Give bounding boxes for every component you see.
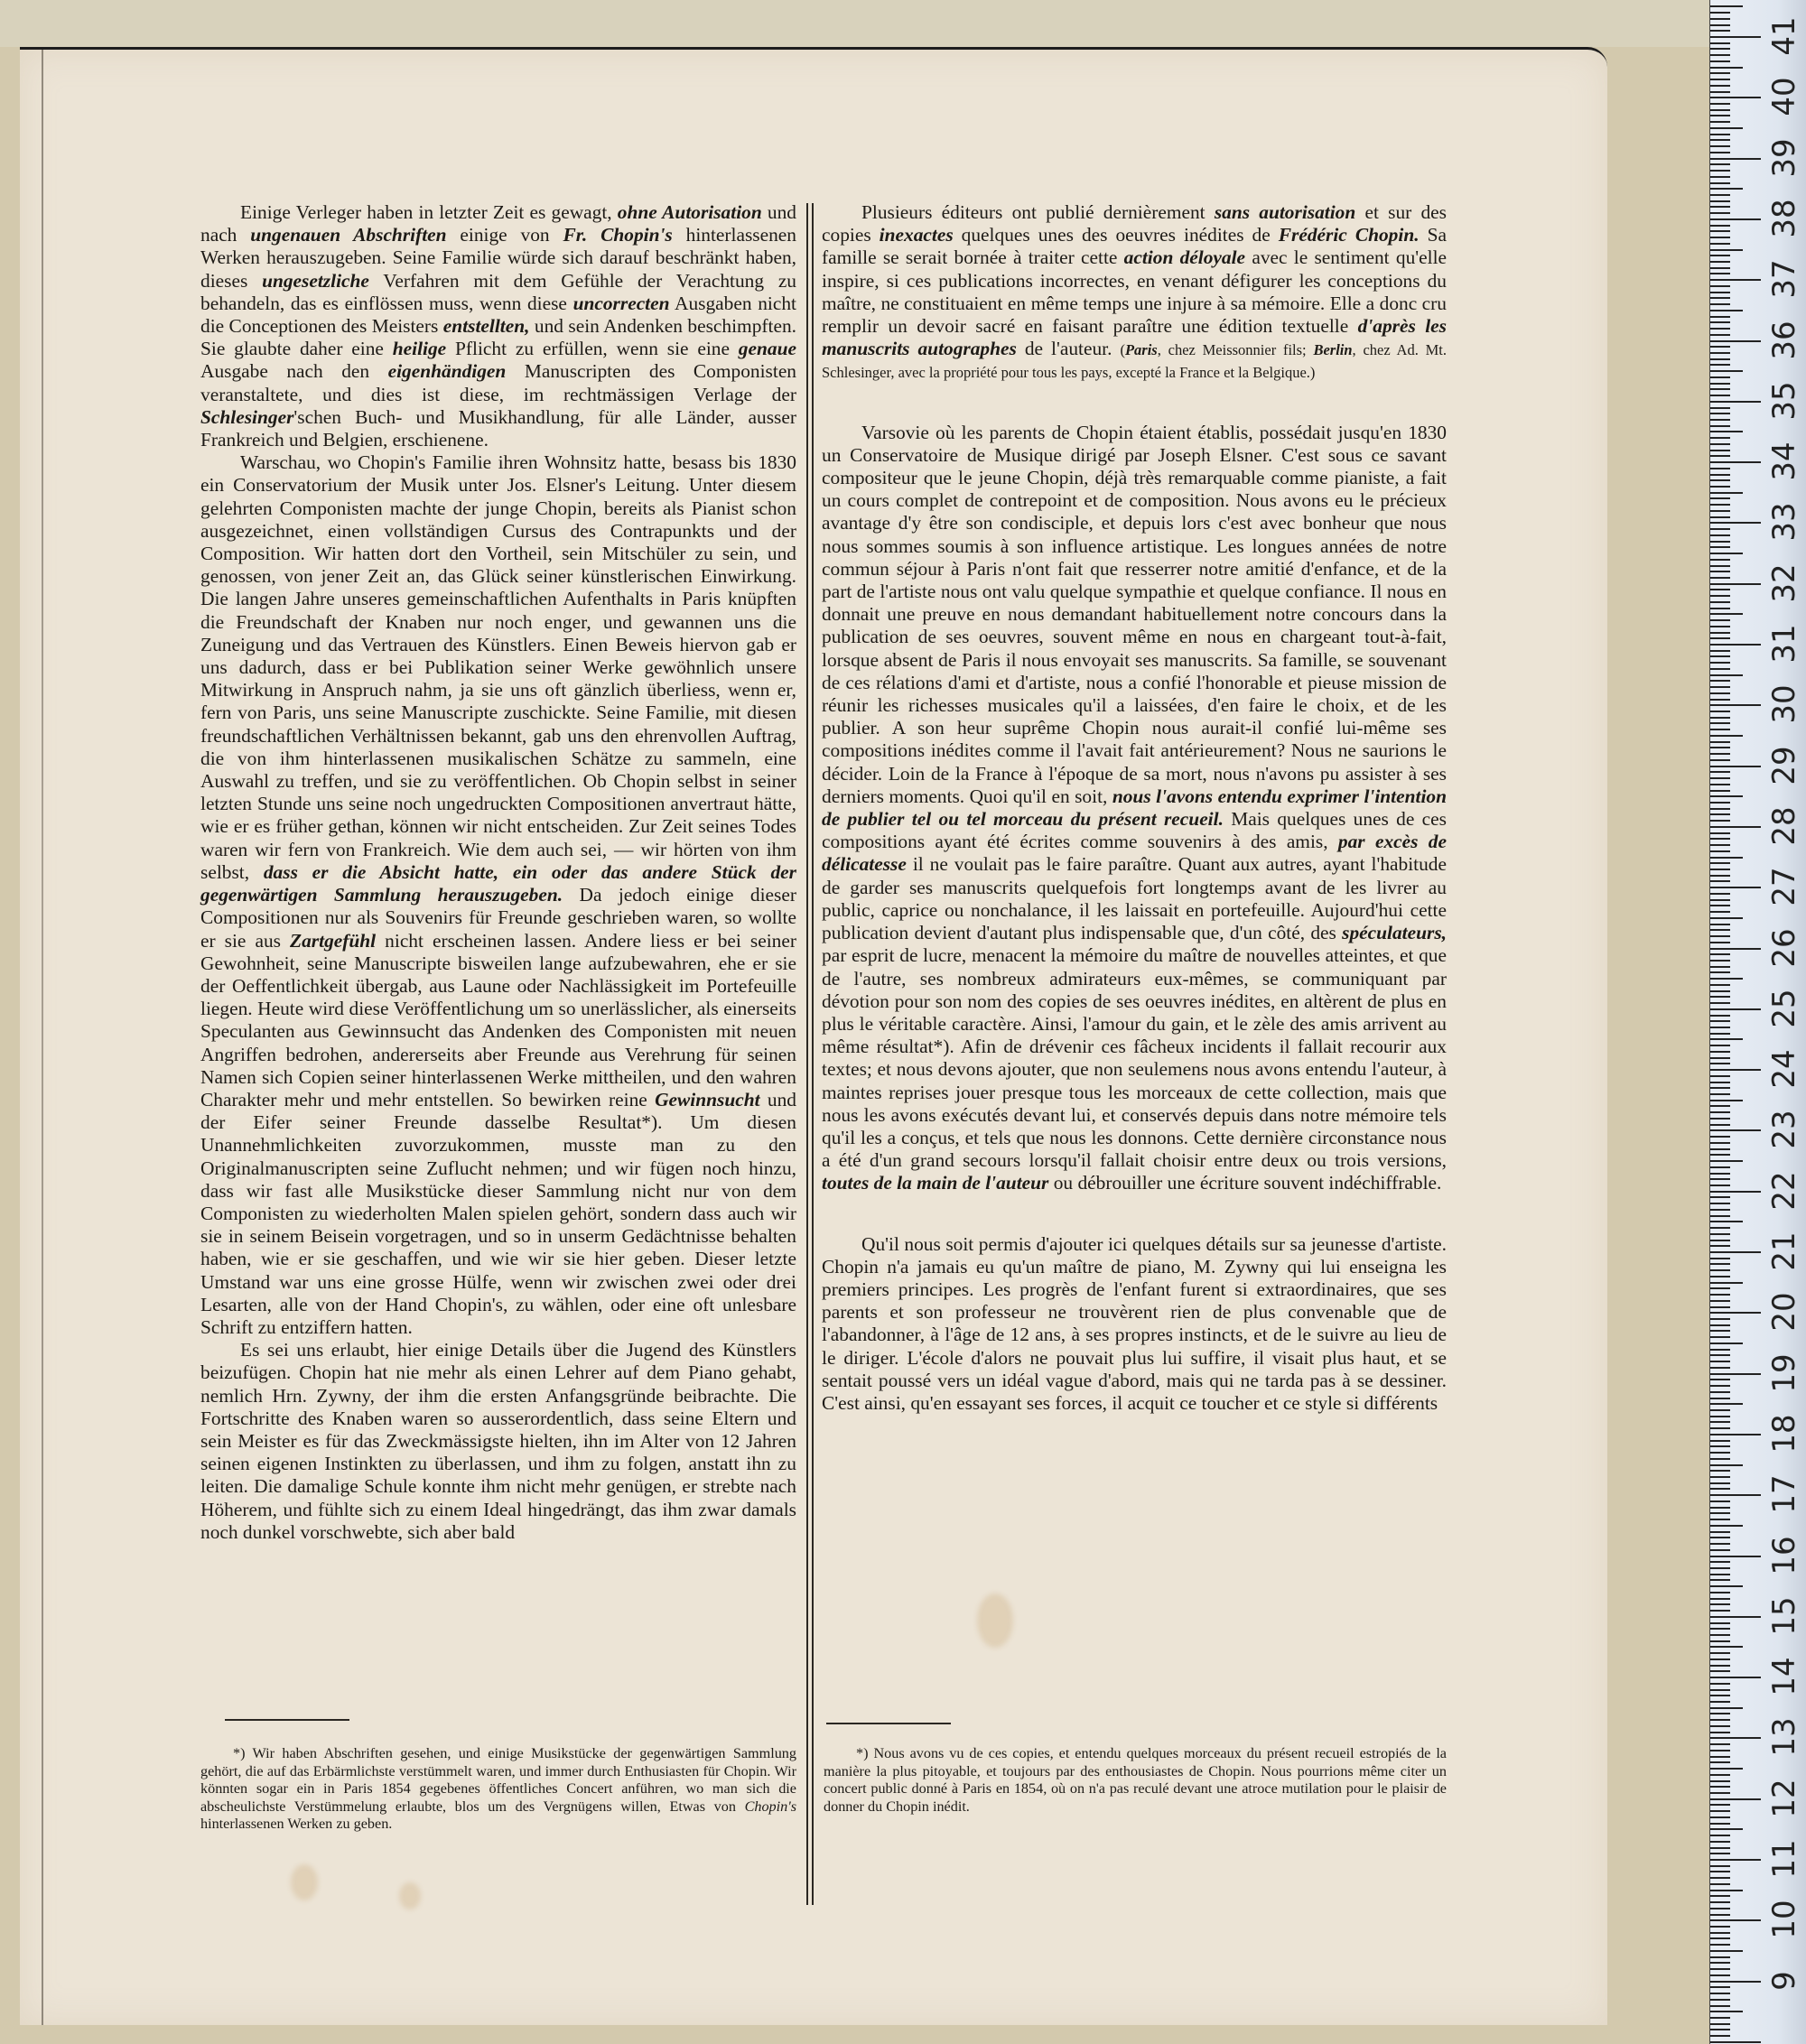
ruler-tick bbox=[1710, 1968, 1730, 1970]
ruler-tick bbox=[1710, 1603, 1730, 1605]
ruler-tick bbox=[1710, 1670, 1730, 1672]
ruler-label: 23 bbox=[1766, 1102, 1802, 1157]
ruler-tick bbox=[1710, 1324, 1730, 1326]
ruler-tick bbox=[1710, 1883, 1730, 1885]
ruler-tick bbox=[1710, 5, 1743, 7]
ruler-tick bbox=[1710, 1519, 1730, 1520]
ruler-tick bbox=[1710, 1269, 1730, 1271]
paragraph: Qu'il nous soit permis d'ajouter ici que… bbox=[822, 1233, 1447, 1416]
ruler-tick bbox=[1710, 158, 1761, 160]
ruler-tick bbox=[1710, 425, 1730, 427]
measuring-ruler: 4140393837363534333231302928272625242322… bbox=[1709, 0, 1806, 2044]
ruler-tick bbox=[1710, 699, 1730, 701]
ruler-label: 41 bbox=[1766, 9, 1802, 63]
text-run: Pflicht zu erfüllen, wenn sie eine bbox=[446, 338, 739, 359]
ruler-tick bbox=[1710, 674, 1743, 676]
foxing-stain bbox=[399, 1882, 421, 1909]
paragraph: Es sei uns erlaubt, hier einige Details … bbox=[200, 1339, 796, 1544]
ruler-tick bbox=[1710, 243, 1730, 245]
ruler-tick bbox=[1710, 1926, 1730, 1928]
ruler-tick bbox=[1710, 619, 1730, 621]
ruler-tick bbox=[1710, 1033, 1730, 1035]
ruler-tick bbox=[1710, 1215, 1730, 1217]
german-column: Einige Verleger haben in letzter Zeit es… bbox=[200, 201, 796, 1544]
ruler-tick bbox=[1710, 1002, 1730, 1004]
ruler-tick bbox=[1710, 735, 1743, 737]
text-run: *) Nous avons vu de ces copies, et enten… bbox=[824, 1745, 1447, 1815]
ruler-tick bbox=[1710, 42, 1730, 44]
ruler-tick bbox=[1710, 784, 1730, 785]
ruler-tick bbox=[1710, 802, 1730, 804]
foxing-stain bbox=[977, 1593, 1013, 1648]
ruler-tick bbox=[1710, 1780, 1730, 1782]
french-text: Plusieurs éditeurs ont publié dernièreme… bbox=[822, 201, 1447, 1415]
ruler-label: 24 bbox=[1766, 1042, 1802, 1096]
ruler-tick bbox=[1710, 1354, 1730, 1356]
ruler-tick bbox=[1710, 546, 1730, 548]
ruler-tick bbox=[1710, 1057, 1730, 1059]
ruler-tick bbox=[1710, 1908, 1730, 1909]
ruler-label: 36 bbox=[1766, 313, 1802, 367]
ruler-tick bbox=[1710, 1063, 1730, 1064]
ruler-label: 17 bbox=[1766, 1467, 1802, 1521]
paragraph: Plusieurs éditeurs ont publié dernièreme… bbox=[822, 201, 1447, 384]
ruler-tick bbox=[1710, 60, 1730, 62]
ruler-tick bbox=[1710, 655, 1730, 657]
ruler-label: 27 bbox=[1766, 859, 1802, 914]
ruler-tick bbox=[1710, 206, 1730, 208]
ruler-tick bbox=[1710, 924, 1730, 925]
foxing-stain bbox=[291, 1864, 318, 1900]
ruler-tick bbox=[1710, 528, 1730, 530]
ruler-tick bbox=[1710, 1732, 1730, 1733]
ruler-tick bbox=[1710, 522, 1761, 524]
ruler-tick bbox=[1710, 917, 1743, 919]
ruler-tick bbox=[1710, 1093, 1730, 1095]
ruler-label: 31 bbox=[1766, 617, 1802, 671]
ruler-label: 25 bbox=[1766, 981, 1802, 1036]
ruler-tick bbox=[1710, 321, 1730, 323]
ruler-tick bbox=[1710, 1100, 1743, 1101]
ruler-tick bbox=[1710, 1166, 1730, 1168]
ruler-tick bbox=[1710, 553, 1743, 554]
ruler-tick bbox=[1710, 1282, 1743, 1284]
ruler-tick bbox=[1710, 826, 1761, 828]
emphasized-text: Paris bbox=[1125, 341, 1158, 358]
ruler-tick bbox=[1710, 67, 1743, 69]
ruler-tick bbox=[1710, 1227, 1730, 1229]
ruler-tick bbox=[1710, 1901, 1730, 1903]
emphasized-text: heilige bbox=[393, 338, 446, 359]
text-run: quelques unes des oeuvres inédites de bbox=[954, 224, 1279, 246]
ruler-tick bbox=[1710, 24, 1730, 26]
ruler-tick bbox=[1710, 1245, 1730, 1247]
ruler-tick bbox=[1710, 450, 1730, 451]
ruler-tick bbox=[1710, 668, 1730, 670]
scan-backdrop-top bbox=[0, 0, 1709, 47]
ruler-tick bbox=[1710, 577, 1730, 579]
ruler-tick bbox=[1710, 971, 1730, 973]
ruler-tick bbox=[1710, 163, 1730, 165]
ruler-tick bbox=[1710, 1986, 1730, 1988]
ruler-tick bbox=[1710, 1974, 1730, 1976]
ruler-tick bbox=[1710, 978, 1743, 980]
ruler-tick bbox=[1710, 352, 1730, 354]
ruler-tick bbox=[1710, 741, 1730, 743]
ruler-tick bbox=[1710, 1592, 1730, 1593]
ruler-tick bbox=[1710, 905, 1730, 906]
ruler-label: 9 bbox=[1766, 1954, 1802, 2008]
ruler-tick bbox=[1710, 230, 1730, 232]
ruler-tick bbox=[1710, 589, 1730, 590]
ruler-tick bbox=[1710, 479, 1730, 481]
ruler-tick bbox=[1710, 1598, 1730, 1600]
ruler-tick bbox=[1710, 1020, 1730, 1022]
ruler-tick bbox=[1710, 340, 1761, 342]
ruler-tick bbox=[1710, 1750, 1730, 1751]
ruler-tick bbox=[1710, 759, 1730, 761]
ruler-tick bbox=[1710, 1015, 1730, 1017]
ruler-tick bbox=[1710, 1105, 1730, 1107]
ruler-tick bbox=[1710, 2017, 1730, 2019]
ruler-tick bbox=[1710, 1421, 1730, 1423]
paragraph: Einige Verleger haben in letzter Zeit es… bbox=[200, 201, 796, 451]
ruler-tick bbox=[1710, 30, 1730, 32]
text-run: und der Eifer seiner Freunde dasselbe Re… bbox=[200, 1089, 796, 1338]
ruler-tick bbox=[1710, 1610, 1730, 1612]
emphasized-text: sans autorisation bbox=[1215, 201, 1355, 223]
ruler-tick bbox=[1710, 419, 1730, 421]
text-run: Qu'il nous soit permis d'ajouter ici que… bbox=[822, 1233, 1447, 1414]
ruler-tick bbox=[1710, 1792, 1730, 1794]
ruler-tick bbox=[1710, 1051, 1730, 1053]
ruler-tick bbox=[1710, 188, 1743, 190]
ruler-tick bbox=[1710, 1835, 1730, 1836]
ruler-tick bbox=[1710, 401, 1761, 403]
ruler-tick bbox=[1710, 127, 1743, 129]
ruler-tick bbox=[1710, 680, 1730, 682]
ruler-tick bbox=[1710, 443, 1730, 445]
ruler-tick bbox=[1710, 145, 1730, 147]
ruler-tick bbox=[1710, 91, 1730, 93]
ruler-tick bbox=[1710, 729, 1730, 730]
ruler-tick bbox=[1710, 303, 1730, 305]
ruler-tick bbox=[1710, 850, 1730, 852]
paragraph: Varsovie où les parents de Chopin étaien… bbox=[822, 422, 1447, 1195]
ruler-tick bbox=[1710, 644, 1761, 646]
ruler-tick bbox=[1710, 1932, 1730, 1934]
ruler-tick bbox=[1710, 832, 1730, 834]
ruler-tick bbox=[1710, 717, 1730, 719]
ruler-tick bbox=[1710, 1008, 1761, 1010]
ruler-tick bbox=[1710, 541, 1730, 543]
ruler-tick bbox=[1710, 2011, 1743, 2012]
emphasized-text: ohne Autorisation bbox=[618, 201, 762, 223]
ruler-tick bbox=[1710, 2035, 1730, 2037]
text-run: Warschau, wo Chopin's Familie ihren Wohn… bbox=[200, 451, 796, 883]
emphasized-text: Chopin's bbox=[745, 1798, 796, 1815]
ruler-tick bbox=[1710, 1196, 1730, 1198]
ruler-tick bbox=[1710, 1937, 1730, 1939]
ruler-tick bbox=[1710, 1652, 1730, 1654]
ruler-tick bbox=[1710, 1318, 1730, 1320]
ruler-tick bbox=[1710, 395, 1730, 396]
ruler-tick bbox=[1710, 1658, 1730, 1660]
ruler-tick bbox=[1710, 1434, 1761, 1435]
ruler-label: 16 bbox=[1766, 1528, 1802, 1583]
ruler-tick bbox=[1710, 875, 1730, 877]
ruler-tick bbox=[1710, 2029, 1730, 2030]
ruler-tick bbox=[1710, 1725, 1730, 1727]
text-run: Ausgabe nach den bbox=[200, 360, 388, 382]
text-run: Einige Verleger haben in letzter Zeit es… bbox=[240, 201, 618, 223]
ruler-tick bbox=[1710, 85, 1730, 87]
german-text: Einige Verleger haben in letzter Zeit es… bbox=[200, 201, 796, 1544]
column-divider-double-rule bbox=[806, 203, 814, 1905]
ruler-tick bbox=[1710, 1154, 1730, 1156]
ruler-tick bbox=[1710, 1124, 1730, 1126]
ruler-tick bbox=[1710, 237, 1730, 238]
ruler-tick bbox=[1710, 1999, 1730, 2001]
ruler-tick bbox=[1710, 662, 1730, 664]
ruler-tick bbox=[1710, 18, 1730, 20]
ruler-tick bbox=[1710, 461, 1761, 463]
ruler-label: 33 bbox=[1766, 495, 1802, 549]
ruler-tick bbox=[1710, 711, 1730, 712]
emphasized-text: Fr. Chopin's bbox=[563, 224, 672, 246]
text-run: Varsovie où les parents de Chopin étaien… bbox=[822, 422, 1447, 807]
ruler-tick bbox=[1710, 176, 1730, 178]
ruler-tick bbox=[1710, 1634, 1730, 1636]
ruler-tick bbox=[1710, 285, 1730, 287]
ruler-tick bbox=[1710, 1713, 1730, 1714]
ruler-tick bbox=[1710, 2005, 1730, 2007]
ruler-tick bbox=[1710, 1640, 1730, 1642]
ruler-tick bbox=[1710, 1956, 1730, 1958]
ruler-tick bbox=[1710, 753, 1730, 755]
ruler-tick bbox=[1710, 1628, 1730, 1630]
ruler-tick bbox=[1710, 36, 1761, 38]
ruler-tick bbox=[1710, 1452, 1730, 1454]
ruler-label: 22 bbox=[1766, 1164, 1802, 1218]
ruler-tick bbox=[1710, 1118, 1730, 1120]
ruler-tick bbox=[1710, 565, 1730, 567]
ruler-tick bbox=[1710, 1379, 1730, 1380]
ruler-tick bbox=[1710, 1391, 1730, 1393]
ruler-tick bbox=[1710, 911, 1730, 913]
ruler-tick bbox=[1710, 777, 1730, 779]
ruler-tick bbox=[1710, 1689, 1730, 1691]
scanned-page: Einige Verleger haben in letzter Zeit es… bbox=[20, 47, 1607, 2025]
ruler-tick bbox=[1710, 121, 1730, 123]
ruler-label: 32 bbox=[1766, 556, 1802, 610]
ruler-tick bbox=[1710, 1330, 1730, 1332]
text-run: Plusieurs éditeurs ont publié dernièreme… bbox=[861, 201, 1215, 223]
ruler-tick bbox=[1710, 194, 1730, 196]
ruler-tick bbox=[1710, 1567, 1730, 1569]
ruler-tick bbox=[1710, 1841, 1730, 1843]
ruler-tick bbox=[1710, 79, 1730, 80]
emphasized-text: action déloyale bbox=[1124, 246, 1245, 268]
ruler-tick bbox=[1710, 1507, 1730, 1509]
ruler-label: 10 bbox=[1766, 1892, 1802, 1946]
ruler-tick bbox=[1710, 966, 1730, 968]
ruler-label: 15 bbox=[1766, 1589, 1802, 1643]
ruler-tick bbox=[1710, 935, 1730, 937]
text-run: nicht erscheinen lassen. Andere liess er… bbox=[200, 930, 796, 1110]
ruler-tick bbox=[1710, 948, 1761, 950]
text-run: einige von bbox=[447, 224, 563, 246]
ruler-tick bbox=[1710, 1993, 1730, 1994]
ruler-tick bbox=[1710, 310, 1743, 311]
ruler-tick bbox=[1710, 960, 1730, 962]
ruler-tick bbox=[1710, 953, 1730, 955]
ruler-tick bbox=[1710, 1445, 1730, 1447]
ruler-tick bbox=[1710, 942, 1730, 943]
ruler-tick bbox=[1710, 984, 1730, 986]
french-column: Plusieurs éditeurs ont publié dernièreme… bbox=[822, 201, 1447, 1415]
ruler-tick bbox=[1710, 316, 1730, 318]
ruler-tick bbox=[1710, 1416, 1730, 1417]
text-run: ou débrouiller une écriture souvent indé… bbox=[1048, 1172, 1441, 1194]
ruler-tick bbox=[1710, 1585, 1743, 1587]
ruler-tick bbox=[1710, 1737, 1761, 1739]
ruler-tick bbox=[1710, 358, 1730, 360]
ruler-label: 28 bbox=[1766, 799, 1802, 853]
ruler-tick bbox=[1710, 1488, 1730, 1490]
ruler-tick bbox=[1710, 370, 1743, 372]
ruler-tick bbox=[1710, 869, 1730, 870]
ruler-tick bbox=[1710, 1701, 1730, 1703]
ruler-tick bbox=[1710, 437, 1730, 439]
ruler-tick bbox=[1710, 1574, 1730, 1575]
ruler-tick bbox=[1710, 431, 1743, 432]
text-run: de l'auteur. bbox=[1017, 338, 1121, 359]
emphasized-text: inexactes bbox=[880, 224, 954, 246]
ruler-tick bbox=[1710, 1038, 1743, 1040]
ruler-tick bbox=[1710, 504, 1730, 506]
ruler-tick bbox=[1710, 1616, 1761, 1618]
ruler-label: 40 bbox=[1766, 70, 1802, 124]
ruler-tick bbox=[1710, 1683, 1730, 1685]
ruler-tick bbox=[1710, 1209, 1730, 1211]
ruler-tick bbox=[1710, 929, 1730, 931]
emphasized-text: ungesetzliche bbox=[262, 270, 369, 292]
ruler-tick bbox=[1710, 134, 1730, 135]
ruler-tick bbox=[1710, 364, 1730, 366]
ruler-tick bbox=[1710, 486, 1730, 488]
ruler-tick bbox=[1710, 857, 1743, 859]
ruler-tick bbox=[1710, 1470, 1730, 1472]
ruler-tick bbox=[1710, 1178, 1730, 1180]
ruler-tick bbox=[1710, 1944, 1730, 1946]
ruler-tick bbox=[1710, 346, 1730, 348]
ruler-tick bbox=[1710, 1409, 1730, 1411]
ruler-tick bbox=[1710, 1914, 1730, 1916]
ruler-tick bbox=[1710, 637, 1730, 639]
ruler-tick bbox=[1710, 1111, 1730, 1113]
emphasized-text: Berlin bbox=[1313, 341, 1352, 358]
text-run: par esprit de lucre, menacent la mémoire… bbox=[822, 944, 1447, 1171]
french-footnote: *) Nous avons vu de ces copies, et enten… bbox=[824, 1745, 1447, 1816]
ruler-tick bbox=[1710, 249, 1743, 251]
ruler-tick bbox=[1710, 1895, 1730, 1897]
ruler-tick bbox=[1710, 1525, 1743, 1527]
ruler-tick bbox=[1710, 747, 1730, 748]
ruler-tick bbox=[1710, 1761, 1730, 1763]
ruler-tick bbox=[1710, 1890, 1743, 1891]
ruler-tick bbox=[1710, 1719, 1730, 1721]
ruler-tick bbox=[1710, 1543, 1730, 1545]
ruler-tick bbox=[1710, 1263, 1730, 1265]
ruler-tick bbox=[1710, 218, 1761, 220]
ruler-tick bbox=[1710, 626, 1730, 627]
ruler-tick bbox=[1710, 261, 1730, 263]
ruler-tick bbox=[1710, 1646, 1743, 1648]
ruler-tick bbox=[1710, 2023, 1730, 2025]
ruler-tick bbox=[1710, 1579, 1730, 1581]
ruler-tick bbox=[1710, 468, 1730, 469]
ruler-tick bbox=[1710, 1531, 1730, 1533]
ruler-tick bbox=[1710, 1561, 1730, 1563]
ruler-tick bbox=[1710, 182, 1730, 184]
ruler-tick bbox=[1710, 893, 1730, 895]
ruler-tick bbox=[1710, 1027, 1730, 1028]
ruler-tick bbox=[1710, 48, 1730, 50]
ruler-tick bbox=[1710, 583, 1761, 585]
ruler-tick bbox=[1710, 1343, 1743, 1344]
ruler-label: 38 bbox=[1766, 191, 1802, 246]
ruler-tick bbox=[1710, 1458, 1730, 1460]
ruler-tick bbox=[1710, 1768, 1743, 1770]
ruler-tick bbox=[1710, 170, 1730, 172]
ruler-tick bbox=[1710, 273, 1730, 274]
ruler-tick bbox=[1710, 72, 1730, 74]
ruler-label: 39 bbox=[1766, 131, 1802, 185]
ruler-tick bbox=[1710, 1367, 1730, 1369]
ruler-tick bbox=[1710, 1142, 1730, 1144]
ruler-tick bbox=[1710, 225, 1730, 227]
ruler-tick bbox=[1710, 820, 1730, 822]
ruler-tick bbox=[1710, 297, 1730, 299]
ruler-tick bbox=[1710, 722, 1730, 724]
ruler-tick bbox=[1710, 1129, 1761, 1131]
ruler-tick bbox=[1710, 844, 1730, 846]
ruler-tick bbox=[1710, 1494, 1761, 1496]
ruler-tick bbox=[1710, 1185, 1730, 1186]
ruler-tick bbox=[1710, 1306, 1730, 1308]
paragraph: Warschau, wo Chopin's Familie ihren Wohn… bbox=[200, 451, 796, 1339]
ruler-tick bbox=[1710, 887, 1761, 888]
ruler-tick bbox=[1710, 1865, 1730, 1867]
ruler-tick bbox=[1710, 1823, 1730, 1825]
ruler-tick bbox=[1710, 1798, 1761, 1800]
ruler-tick bbox=[1710, 139, 1730, 141]
ruler-tick bbox=[1710, 54, 1730, 56]
ruler-tick bbox=[1710, 862, 1730, 864]
ruler-tick bbox=[1710, 766, 1761, 767]
ruler-tick bbox=[1710, 1312, 1761, 1314]
ruler-tick bbox=[1710, 601, 1730, 603]
ruler-label: 30 bbox=[1766, 677, 1802, 731]
ruler-tick bbox=[1710, 413, 1730, 414]
text-run: hinterlassenen Werken zu geben. bbox=[200, 1816, 392, 1832]
ruler-tick bbox=[1710, 1743, 1730, 1745]
ruler-tick bbox=[1710, 632, 1730, 634]
ruler-tick bbox=[1710, 1148, 1730, 1150]
ruler-tick bbox=[1710, 1804, 1730, 1806]
ruler-tick bbox=[1710, 279, 1761, 281]
